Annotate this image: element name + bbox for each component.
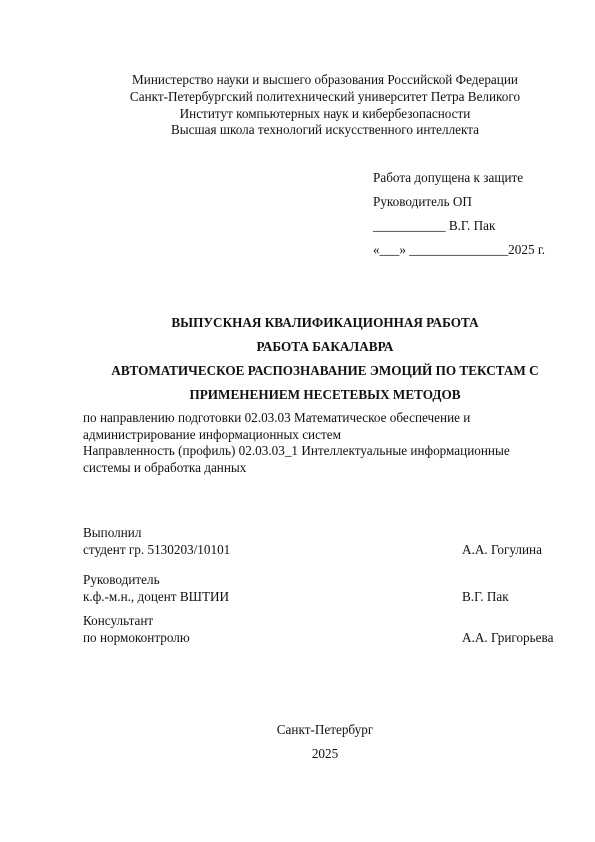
topic-title-line-2: ПРИМЕНЕНИЕМ НЕСЕТЕВЫХ МЕТОДОВ — [0, 387, 595, 403]
signature-position: студент гр. 5130203/10101 — [83, 542, 230, 559]
approval-date-line: «___» _______________2025 г. — [373, 242, 545, 258]
signature-role: Выполнил — [83, 525, 141, 542]
signature-name: А.А. Григорьева — [462, 630, 553, 647]
signature-position: по нормоконтролю — [83, 630, 190, 647]
head-of-program-title: Руководитель ОП — [373, 194, 472, 210]
profile-line-2: системы и обработка данных — [83, 460, 246, 477]
direction-line-2: администрирование информационных систем — [83, 427, 341, 444]
city: Санкт-Петербург — [0, 722, 595, 738]
school-line: Высшая школа технологий искусственного и… — [0, 122, 595, 139]
institute-line: Институт компьютерных наук и кибербезопа… — [0, 106, 595, 123]
direction-line-1: по направлению подготовки 02.03.03 Матем… — [83, 410, 470, 427]
ministry-line: Министерство науки и высшего образования… — [0, 72, 595, 89]
profile-line-1: Направленность (профиль) 02.03.03_1 Инте… — [83, 443, 510, 460]
signature-role: Консультант — [83, 613, 153, 630]
head-signature-line: ___________ В.Г. Пак — [373, 218, 495, 234]
admitted-to-defense: Работа допущена к защите — [373, 170, 523, 186]
degree-title: РАБОТА БАКАЛАВРА — [0, 339, 595, 355]
year: 2025 — [0, 746, 595, 762]
signature-role: Руководитель — [83, 572, 160, 589]
signature-name: В.Г. Пак — [462, 589, 509, 606]
work-type-title: ВЫПУСКНАЯ КВАЛИФИКАЦИОННАЯ РАБОТА — [0, 315, 595, 331]
signature-name: А.А. Гогулина — [462, 542, 542, 559]
university-line: Санкт-Петербургский политехнический унив… — [0, 89, 595, 106]
topic-title-line-1: АВТОМАТИЧЕСКОЕ РАСПОЗНАВАНИЕ ЭМОЦИЙ ПО Т… — [0, 363, 595, 379]
signature-position: к.ф.-м.н., доцент ВШТИИ — [83, 589, 229, 606]
